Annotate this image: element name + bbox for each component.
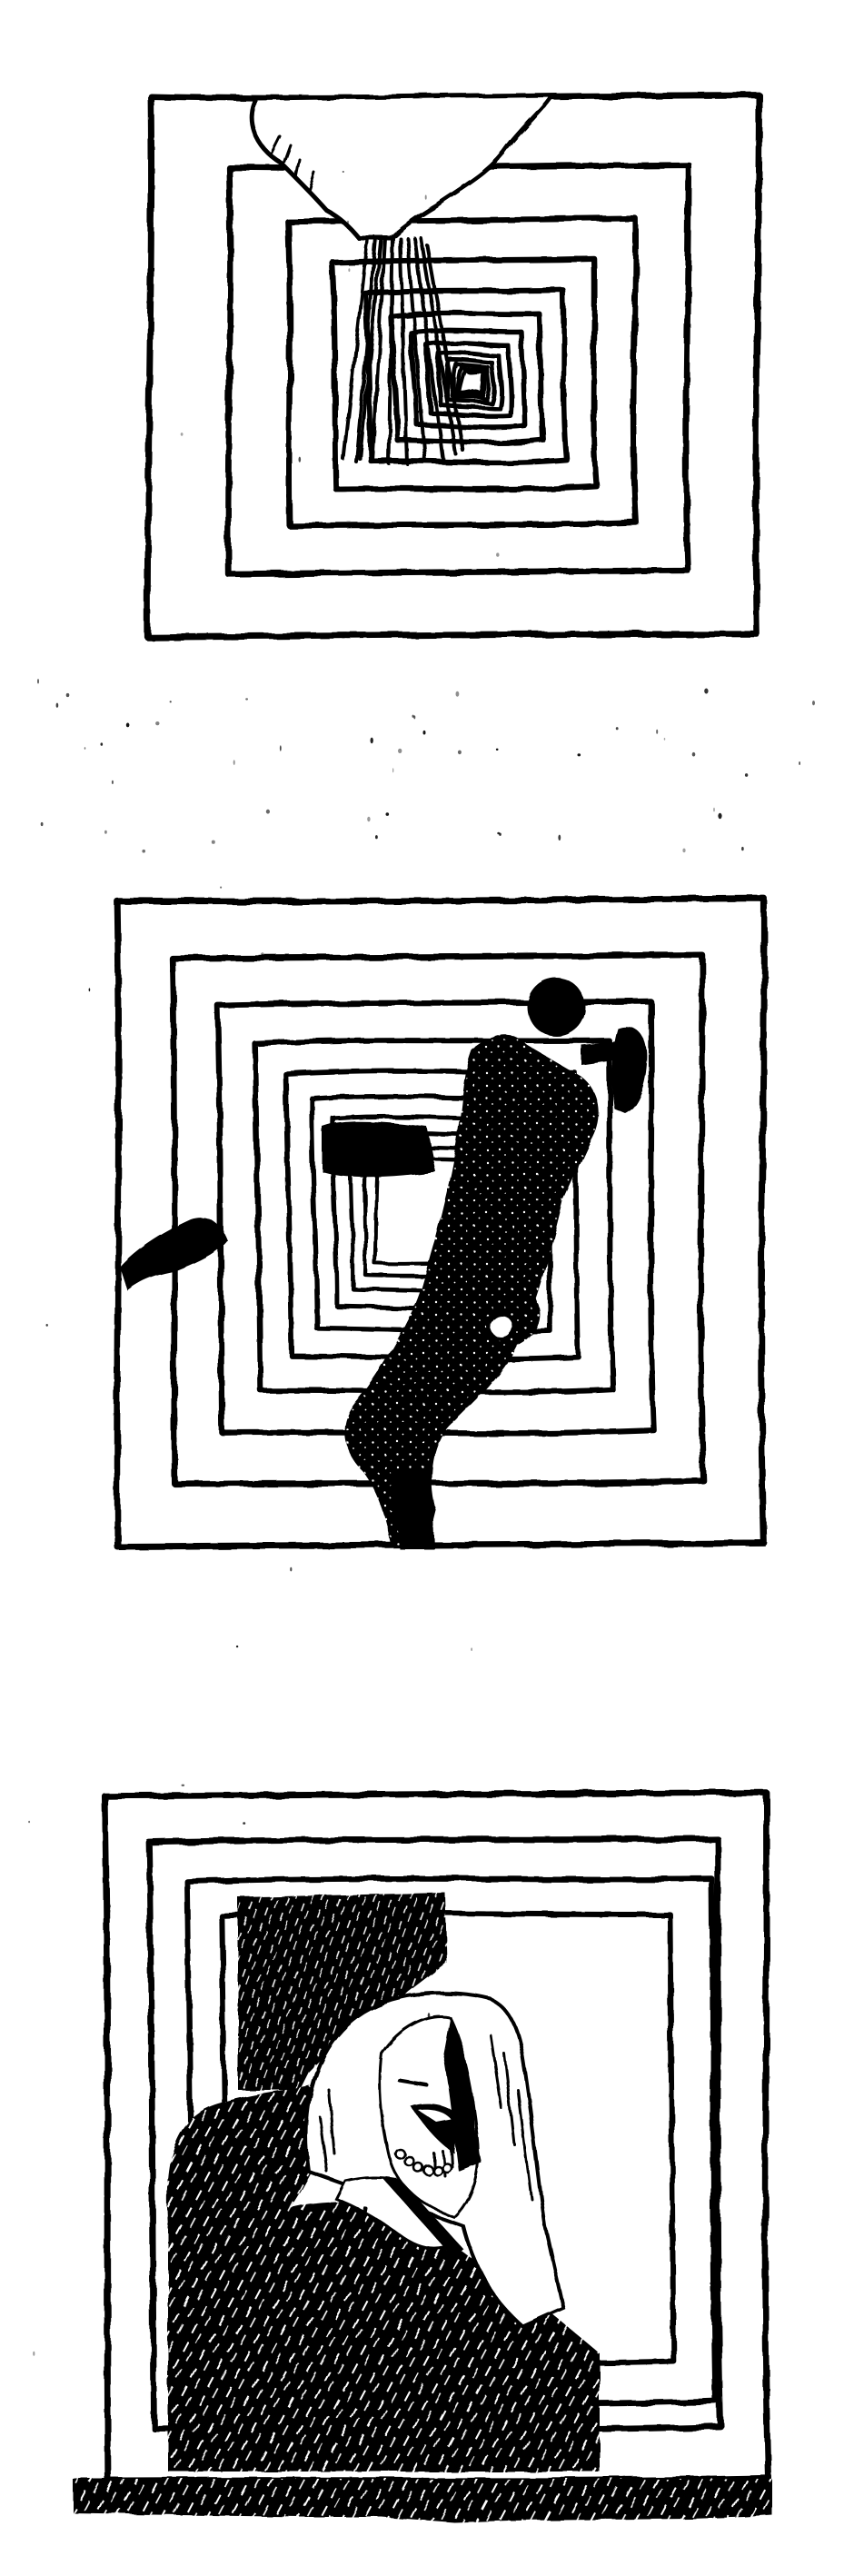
panel-2-arm-shadow	[323, 1121, 436, 1178]
panel-3-ground-band	[73, 2479, 772, 2522]
panel-1-striated-trunk	[343, 238, 463, 463]
frame-square	[459, 369, 483, 393]
panel-3	[73, 1793, 772, 2522]
panel-2-right-hand	[611, 1027, 647, 1113]
panel-2-figure-head	[527, 978, 585, 1036]
comic-artwork	[0, 0, 854, 2576]
comic-page: Concentric hand-drawn square frames form…	[0, 0, 854, 2576]
panel-1	[147, 94, 759, 637]
panel-2	[117, 899, 764, 1549]
panel-2-figure-knee	[489, 1314, 514, 1339]
